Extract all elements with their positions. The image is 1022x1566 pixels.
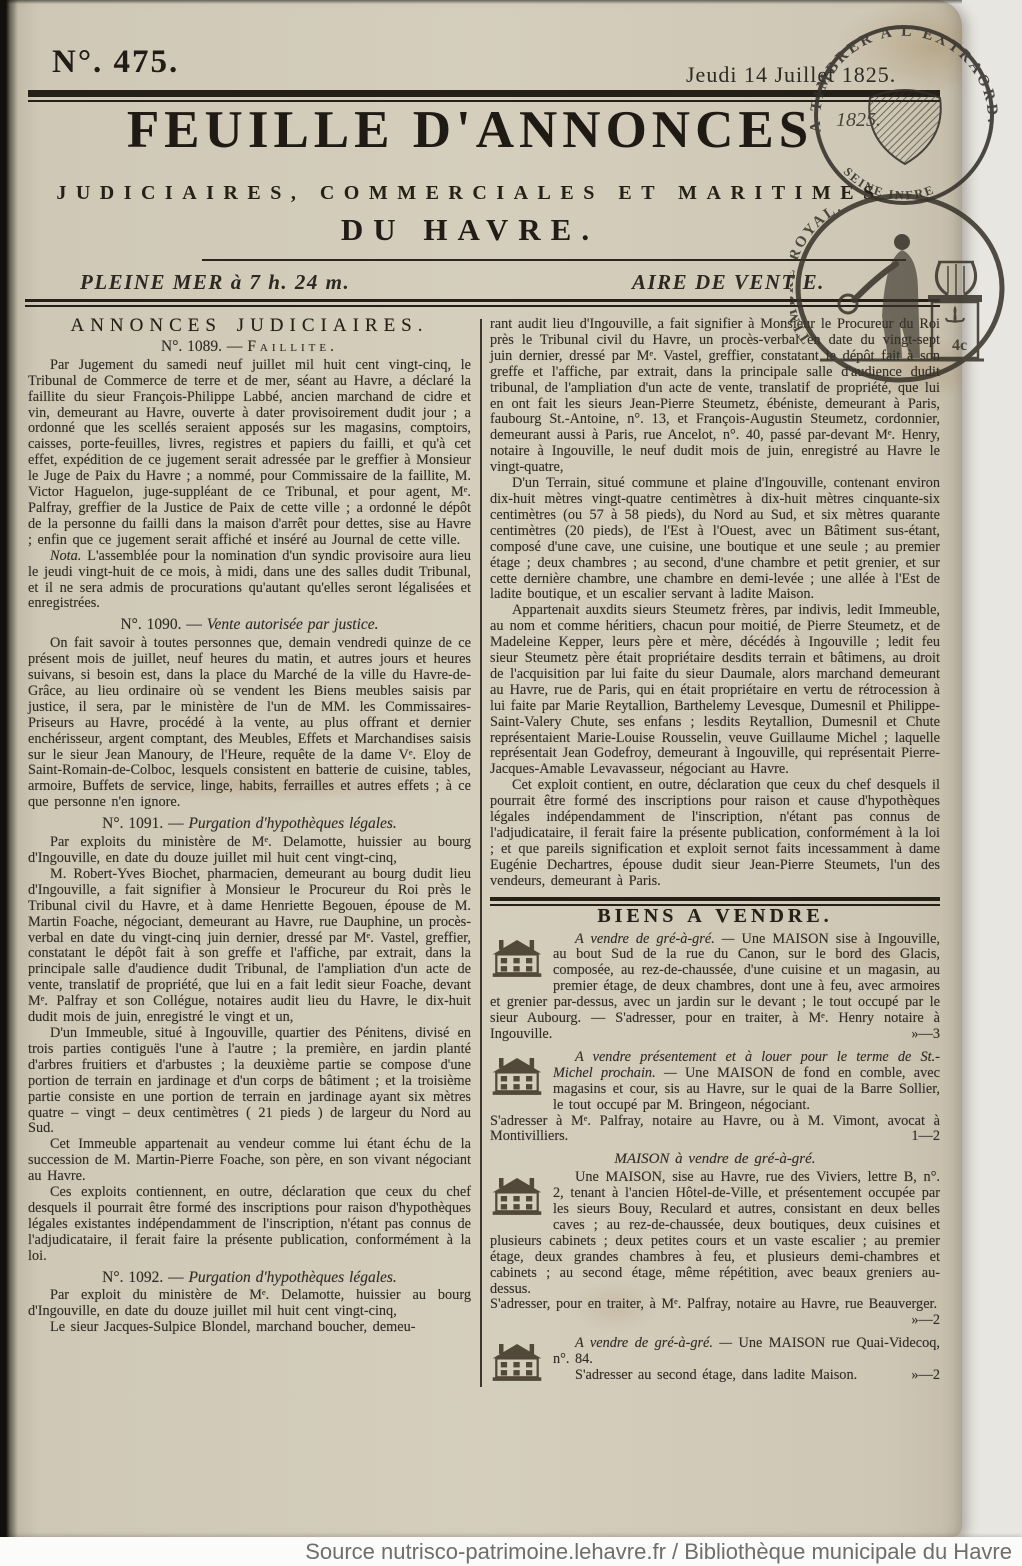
extraordinary-tax-stamp-icon: A TIMBRER A L'EXTRAORD. 1825. SEINE INFR… bbox=[806, 20, 1006, 210]
issue-number: N°. 475. bbox=[52, 44, 179, 81]
section-title-judicial: ANNONCES JUDICIAIRES. bbox=[28, 318, 471, 334]
column-divider-rule bbox=[480, 319, 482, 1387]
ad-marker: »—2 bbox=[911, 1313, 940, 1329]
article-1092: N°. 1092. — Purgation d'hypothèques léga… bbox=[28, 1270, 471, 1337]
right-column: rant audit lieu d'Ingouville, a fait sig… bbox=[490, 317, 940, 1387]
newspaper-title: FEUILLE D'ANNONCES bbox=[0, 104, 940, 157]
article-1091: N°. 1091. — Purgation d'hypothèques léga… bbox=[28, 816, 471, 1264]
article-title: Purgation d'hypothèques légales. bbox=[188, 1269, 396, 1286]
left-column: ANNONCES JUDICIAIRES. N°. 1089. — Failli… bbox=[28, 317, 471, 1387]
article-number: N°. 1092. — bbox=[102, 1269, 183, 1286]
article-title: Faillite. bbox=[247, 338, 338, 355]
ad-paragraph: S'adresser, pour en traiter, à Mᵉ. Palfr… bbox=[490, 1297, 940, 1313]
ad-marker: »—2 bbox=[889, 1368, 940, 1384]
attribution-text: Source nutrisco-patrimoine.lehavre.fr / … bbox=[305, 1539, 1012, 1564]
article-paragraph: Cet Immeuble appartenait au vendeur comm… bbox=[28, 1137, 471, 1185]
article-paragraph: D'un Immeuble, situé à Ingouville, quart… bbox=[28, 1026, 471, 1137]
ad-paragraph: A vendre présentement et à louer pour le… bbox=[490, 1050, 940, 1114]
ad-marker: »—3 bbox=[889, 1027, 940, 1043]
article-number: N°. 1089. — bbox=[161, 338, 242, 355]
newspaper-scan: { "attribution": { "text": "Source nutri… bbox=[0, 0, 1022, 1566]
house-icon bbox=[490, 1339, 544, 1385]
scan-top-edge-shadow bbox=[0, 0, 962, 4]
article-heading: N°. 1091. — Purgation d'hypothèques léga… bbox=[28, 816, 471, 832]
article-continuation-paragraph: Cet exploit contient, en outre, déclarat… bbox=[490, 778, 940, 889]
ad-marker: 1—2 bbox=[911, 1129, 940, 1145]
ad-heading: MAISON à vendre de gré-à-gré. bbox=[490, 1152, 940, 1168]
article-paragraph: On fait savoir à toutes personnes que, d… bbox=[28, 636, 471, 811]
ad-paragraph: A vendre de gré-à-gré. — Une MAISON sise… bbox=[490, 932, 940, 1043]
svg-text:1825.: 1825. bbox=[836, 109, 881, 131]
ad-maison-viviers: MAISON à vendre de gré-à-gré. Une MAISON… bbox=[490, 1152, 940, 1329]
article-paragraph: Le sieur Jacques-Sulpice Blondel, marcha… bbox=[28, 1320, 471, 1336]
tide-info: PLEINE MER à 7 h. 24 m. bbox=[80, 270, 350, 295]
article-paragraph: Nota. L'assemblée pour la nomination d'u… bbox=[28, 549, 471, 613]
article-paragraph: M. Robert-Yves Biochet, pharmacien, deme… bbox=[28, 867, 471, 1026]
article-paragraph: Par Jugement du samedi neuf juillet mil … bbox=[28, 358, 471, 549]
ad-paragraph: S'adresser au second étage, dans ladite … bbox=[490, 1368, 940, 1384]
article-number: N°. 1090. — bbox=[120, 616, 201, 633]
article-title: Purgation d'hypothèques légales. bbox=[188, 815, 396, 832]
house-icon bbox=[490, 1173, 544, 1219]
article-paragraph: Ces exploits contiennent, en outre, décl… bbox=[28, 1185, 471, 1265]
article-continuation-paragraph: D'un Terrain, situé commune et plaine d'… bbox=[490, 476, 940, 603]
ad-maison-quai-videcoq: A vendre de gré-à-gré. — Une MAISON rue … bbox=[490, 1336, 940, 1387]
royal-tax-stamp-icon: TIMBRE ROYAL. 4c bbox=[790, 190, 1012, 390]
scan-left-edge-shadow bbox=[0, 0, 18, 1537]
article-number: N°. 1091. — bbox=[102, 815, 183, 832]
article-paragraph: Par exploit du ministère de Mᵉ. Delamott… bbox=[28, 1288, 471, 1320]
article-heading: N°. 1092. — Purgation d'hypothèques léga… bbox=[28, 1270, 471, 1286]
svg-text:4c: 4c bbox=[952, 337, 967, 354]
article-continuation-paragraph: Appartenait auxdits sieurs Steumetz frèr… bbox=[490, 603, 940, 778]
article-1090: N°. 1090. — Vente autorisée par justice.… bbox=[28, 617, 471, 811]
house-icon bbox=[490, 1053, 544, 1099]
ad-maison-barre-sollier: A vendre présentement et à louer pour le… bbox=[490, 1050, 940, 1145]
section-title-sales: BIENS A VENDRE. bbox=[490, 909, 940, 925]
house-icon bbox=[490, 935, 544, 981]
ad-paragraph: S'adresser à Mᵉ. Palfray, notaire au Hav… bbox=[490, 1114, 940, 1146]
article-paragraph: Par exploits du ministère de Mᵉ. Delamot… bbox=[28, 835, 471, 867]
attribution-bar: Source nutrisco-patrimoine.lehavre.fr / … bbox=[0, 1537, 1022, 1566]
ad-paragraph: A vendre de gré-à-gré. — Une MAISON rue … bbox=[490, 1336, 940, 1368]
article-heading: N°. 1090. — Vente autorisée par justice. bbox=[28, 617, 471, 633]
ad-maison-ingouville: A vendre de gré-à-gré. — Une MAISON sise… bbox=[490, 932, 940, 1043]
article-title: Vente autorisée par justice. bbox=[207, 616, 379, 633]
article-heading: N°. 1089. — Faillite. bbox=[28, 339, 471, 355]
ad-paragraph: Une MAISON, sise au Havre, rue des Vivie… bbox=[490, 1170, 940, 1297]
article-1089: N°. 1089. — Faillite. Par Jugement du sa… bbox=[28, 339, 471, 612]
content-columns: ANNONCES JUDICIAIRES. N°. 1089. — Failli… bbox=[28, 317, 940, 1387]
